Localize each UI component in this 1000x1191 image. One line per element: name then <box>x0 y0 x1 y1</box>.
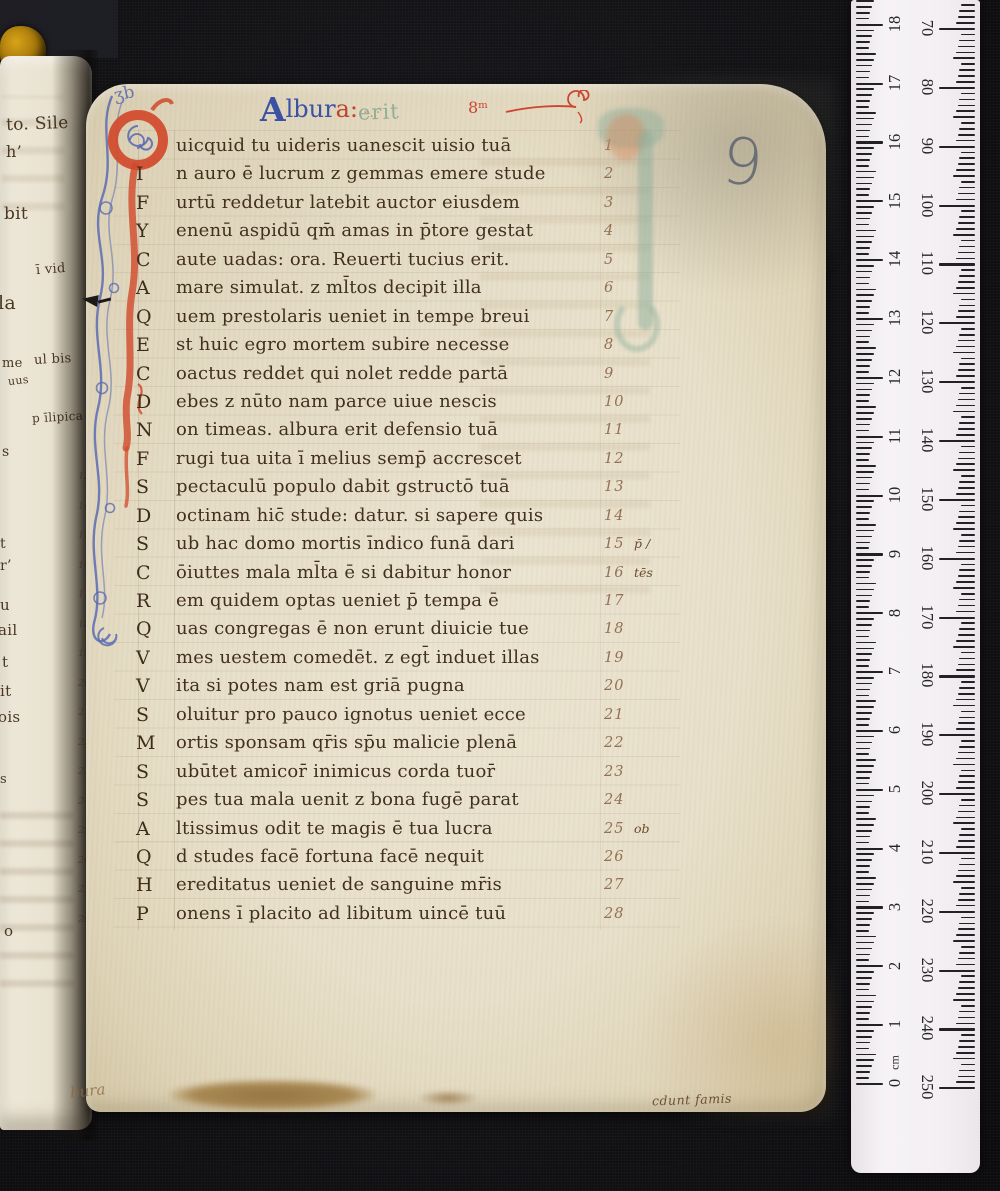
ruler-tick-left <box>856 1054 876 1056</box>
ruler-tick-left <box>856 630 870 632</box>
ruler-tick-left <box>856 783 869 785</box>
ruler-tick-left <box>856 312 869 314</box>
ruler-mm-number: 140 <box>918 426 936 454</box>
ruler-tick-left <box>856 871 869 873</box>
line-initial: P <box>136 900 170 928</box>
ruler-tick-left <box>856 612 883 614</box>
ruler-cm-number: 10 <box>886 481 904 509</box>
ruler-tick-left <box>856 912 874 914</box>
ruler-tick-right <box>958 840 975 842</box>
ruler-tick-left <box>856 559 874 561</box>
ruler-tick-left <box>856 489 869 491</box>
ruler-tick-left <box>856 6 872 8</box>
ruler-tick-left <box>856 253 869 255</box>
ruler-tick-right <box>958 428 975 430</box>
ruler-cm-number: 8 <box>886 599 904 627</box>
facing-page-text-fragment: la <box>0 292 16 314</box>
ruler-mm-number: 200 <box>918 779 936 807</box>
ruler-tick-right <box>958 1046 975 1048</box>
ruler-mm-number: 230 <box>918 956 936 984</box>
ruler-tick-left <box>856 200 883 202</box>
line-text: rugi tua uita ī melius semp̄ accrescet <box>176 445 522 473</box>
ruler-tick-right <box>958 693 975 695</box>
ruler-tick-right <box>939 734 975 736</box>
ruler-tick-left <box>856 77 869 79</box>
facing-page-text-fragment: s <box>2 444 10 460</box>
ruler-tick-left <box>856 477 872 479</box>
ruler-tick-right <box>939 381 975 383</box>
ruler-tick-right <box>958 634 975 636</box>
ruler-tick-right <box>956 1023 975 1025</box>
ruler-tick-left <box>856 583 876 585</box>
ruler-tick-left <box>856 359 872 361</box>
ruler-tick-right <box>956 875 975 877</box>
ruler-tick-right <box>956 522 975 524</box>
ruler-tick-right <box>959 717 975 719</box>
ruler-tick-right <box>961 240 975 242</box>
bottom-left-inscription: bura <box>69 1080 106 1102</box>
ruler-tick-left <box>856 595 872 597</box>
red-initial-tail <box>126 166 135 448</box>
ruler-tick-right <box>959 775 975 777</box>
line-initial: Q <box>136 615 170 643</box>
ruler-tick-left <box>856 324 874 326</box>
ruler-tick-left <box>856 371 869 373</box>
ruler-tick-right <box>961 328 975 330</box>
line-text: urtū reddetur latebit auctor eiusdem <box>176 189 520 217</box>
ruler-tick-left <box>856 118 874 120</box>
line-number: 3 <box>604 189 614 217</box>
ruler-tick-right <box>961 1064 975 1066</box>
line-number: 9 <box>604 360 614 388</box>
ruler-tick-right <box>959 569 975 571</box>
ruler-tick-left <box>856 389 872 391</box>
ruler-tick-left <box>856 277 870 279</box>
ruler-tick-right <box>958 546 975 548</box>
line-initial: S <box>136 786 170 814</box>
ruler-tick-right <box>961 63 975 65</box>
ruler-tick-right <box>961 917 975 919</box>
ruler-tick-left <box>856 806 870 808</box>
ruler-tick-left <box>856 53 876 55</box>
ruler-tick-right <box>961 828 975 830</box>
ruler-tick-left <box>856 677 874 679</box>
ruler-tick-right <box>953 116 975 118</box>
line-number: 14 <box>604 502 624 530</box>
ruler-tick-left <box>856 683 872 685</box>
ruler-tick-left <box>856 294 874 296</box>
ruler-tick-right <box>959 981 975 983</box>
ruler-tick-left <box>856 83 883 85</box>
manuscript-text-block: uicquid tu uideris uanescit uisio tuā1In… <box>136 132 680 928</box>
ruler-tick-right <box>956 81 975 83</box>
ruler-tick-left <box>856 506 872 508</box>
manuscript-line: Furtū reddetur latebit auctor eiusdem3 <box>136 189 680 217</box>
line-text: ltissimus odit te magis ē tua lucra <box>176 815 493 843</box>
ruler-tick-left <box>856 283 869 285</box>
ruler-tick-left <box>856 1036 872 1038</box>
ruler-tick-right <box>958 1076 975 1078</box>
ruler-tick-left <box>856 765 874 767</box>
line-initial: A <box>136 815 170 843</box>
ruler-tick-right <box>953 646 975 648</box>
ruler-tick-right <box>939 617 975 619</box>
ruler-tick-right <box>958 193 975 195</box>
line-initial: D <box>136 502 170 530</box>
ruler-tick-left <box>856 218 870 220</box>
ruler-cm-number: 13 <box>886 304 904 332</box>
ruler-tick-right <box>958 722 975 724</box>
ruler-tick-right <box>939 1028 975 1030</box>
ruler-tick-right <box>958 458 975 460</box>
line-text: em quidem optas ueniet p̄ tempa ē <box>176 587 499 615</box>
ruler-tick-left <box>856 1018 869 1020</box>
manuscript-line: Quas congregas ē non erunt diuicie tue18 <box>136 615 680 643</box>
ruler-mm-number: 210 <box>918 838 936 866</box>
ruler-tick-right <box>956 463 975 465</box>
ruler-tick-left <box>856 648 874 650</box>
ruler-tick-left <box>856 1001 874 1003</box>
line-number: 1 <box>604 132 614 160</box>
line-initial: F <box>136 445 170 473</box>
ruler-tick-right <box>961 4 975 6</box>
ruler-tick-left <box>856 659 870 661</box>
ruler-tick-left <box>856 547 869 549</box>
ruler-tick-left <box>856 618 874 620</box>
ruler-tick-right <box>953 999 975 1001</box>
ruler-tick-left <box>856 18 869 20</box>
ruler-tick-right <box>959 216 975 218</box>
line-number: 28 <box>604 900 624 928</box>
ruler-tick-left <box>856 100 870 102</box>
manuscript-line: Yenenū aspidū qm̄ amas in p̄tore gestat4 <box>136 217 680 245</box>
line-initial: S <box>136 701 170 729</box>
ruler-mm-number: 90 <box>918 132 936 160</box>
ruler-tick-right <box>939 146 975 148</box>
title-initial-letter: A <box>260 90 286 129</box>
ruler-tick-left <box>856 524 876 526</box>
ruler-tick-right <box>956 169 975 171</box>
ruler-tick-left <box>856 94 872 96</box>
line-initial: Q <box>136 843 170 871</box>
ruler-mm-number: 190 <box>918 720 936 748</box>
ruler-tick-left <box>856 124 872 126</box>
line-text: ub hac domo mortis īndico funā dari <box>176 530 515 558</box>
line-initial: C <box>136 559 170 587</box>
ruler-tick-left <box>856 41 870 43</box>
ruler-mm-number: 170 <box>918 603 936 631</box>
ruler-tick-left <box>856 530 874 532</box>
line-number: 17 <box>604 587 624 615</box>
ruler-tick-right <box>958 340 975 342</box>
ruler-tick-right <box>959 864 975 866</box>
ruler-tick-left <box>856 542 870 544</box>
ruler-tick-left <box>856 948 872 950</box>
manuscript-line: Quem prestolaris ueniet in tempe breui7 <box>136 303 680 331</box>
ruler-tick-left <box>856 318 883 320</box>
ruler-tick-left <box>856 71 870 73</box>
ruler-tick-right <box>953 175 975 177</box>
ruler-tick-right <box>959 805 975 807</box>
line-initial: C <box>136 246 170 274</box>
ruler-tick-left <box>856 188 870 190</box>
ruler-tick-left <box>856 1006 872 1008</box>
ruler-tick-right <box>959 99 975 101</box>
ruler-tick-left <box>856 795 874 797</box>
ruler-tick-right <box>956 993 975 995</box>
facing-page-text-fragment: it <box>0 682 11 700</box>
manuscript-line: uicquid tu uideris uanescit uisio tuā1 <box>136 132 680 160</box>
ruler-tick-left <box>856 553 883 555</box>
ruler-tick-left <box>856 194 869 196</box>
line-gloss: p̄ / <box>634 530 650 558</box>
ruler-tick-left <box>856 600 870 602</box>
ruler-cm-number: 14 <box>886 245 904 273</box>
line-initial: C <box>136 360 170 388</box>
ruler-tick-left <box>856 236 874 238</box>
manuscript-line: Mortis sponsam qr̄is sp̄u malicie plenā2… <box>136 729 680 757</box>
ruler-tick-right <box>953 469 975 471</box>
ruler-tick-right <box>953 587 975 589</box>
line-initial: R <box>136 587 170 615</box>
ruler-tick-right <box>959 628 975 630</box>
ruler-tick-right <box>961 887 975 889</box>
rubric-abbreviation: 8ᵐ <box>468 98 488 117</box>
ruler-tick-right <box>956 493 975 495</box>
ruler-tick-left <box>856 177 874 179</box>
ruler-tick-right <box>961 181 975 183</box>
ruler-tick-right <box>953 352 975 354</box>
line-text: on timeas. albura erit defensio tuā <box>176 416 498 444</box>
line-initial: A <box>136 274 170 302</box>
ruler-tick-right <box>939 28 975 30</box>
ruler-tick-left <box>856 965 883 967</box>
ruler-tick-right <box>961 475 975 477</box>
ruler-tick-right <box>958 811 975 813</box>
ruler-tick-left <box>856 924 870 926</box>
line-initial: D <box>136 388 170 416</box>
ruler-tick-right <box>956 640 975 642</box>
facing-page-text-fragment: bit <box>4 204 28 224</box>
ruler-unit-label: cm <box>888 1049 903 1077</box>
ruler-tick-right <box>958 252 975 254</box>
ruler-mm-number: 80 <box>918 73 936 101</box>
ruler-mm-number: 110 <box>918 249 936 277</box>
ruler-tick-left <box>856 106 869 108</box>
ruler-tick-right <box>961 446 975 448</box>
ruler-tick-left <box>856 695 869 697</box>
ruler-tick-left <box>856 848 883 850</box>
line-initial: I <box>136 160 170 188</box>
ruler-tick-left <box>856 247 870 249</box>
ruler-tick-left <box>856 289 876 291</box>
line-text: oactus reddet qui nolet redde partā <box>176 360 508 388</box>
bottom-right-inscription: cdunt famis <box>652 1091 732 1109</box>
ruler-tick-right <box>953 528 975 530</box>
ruler-tick-left <box>856 1042 870 1044</box>
ruler-tick-right <box>956 905 975 907</box>
ruler-tick-left <box>856 230 876 232</box>
ruler-tick-right <box>959 363 975 365</box>
ruler-tick-left <box>856 818 876 820</box>
ruler-tick-right <box>956 258 975 260</box>
ruler-tick-left <box>856 577 869 579</box>
line-number: 12 <box>604 445 624 473</box>
ruler-tick-right <box>961 681 975 683</box>
line-number: 22 <box>604 729 624 757</box>
ruler-tick-left <box>856 241 872 243</box>
ruler-tick-left <box>856 636 869 638</box>
ruler-tick-right <box>956 434 975 436</box>
ruler-tick-right <box>939 440 975 442</box>
ruler-mm-number: 100 <box>918 191 936 219</box>
line-initial: S <box>136 473 170 501</box>
ruler-tick-left <box>856 206 874 208</box>
ruler-tick-right <box>959 481 975 483</box>
ruler-tick-right <box>959 275 975 277</box>
ruler-tick-right <box>939 970 975 972</box>
ruler-tick-right <box>939 263 975 265</box>
ruler-tick-right <box>961 946 975 948</box>
ruler-tick-left <box>856 671 883 673</box>
ruler-tick-left <box>856 1065 872 1067</box>
ruler-tick-right <box>939 852 975 854</box>
ruler-tick-right <box>958 575 975 577</box>
line-text: octinam hic̄ stude: datur. si sapere qui… <box>176 502 543 530</box>
ruler-tick-left <box>856 930 869 932</box>
ruler-tick-left <box>856 465 876 467</box>
ruler-tick-right <box>959 540 975 542</box>
ruler-tick-right <box>961 505 975 507</box>
ruler-tick-left <box>856 1012 870 1014</box>
ruler-tick-left <box>856 936 876 938</box>
ruler-tick-left <box>856 730 883 732</box>
ruler-tick-left <box>856 336 870 338</box>
ruler-tick-left <box>856 500 874 502</box>
ruler-tick-left <box>856 0 874 2</box>
ruler-tick-left <box>856 736 874 738</box>
ruler-tick-right <box>939 911 975 913</box>
ruler-tick-left <box>856 830 872 832</box>
ruler-tick-left <box>856 712 872 714</box>
ruler-tick-left <box>856 536 872 538</box>
ruler-tick-right <box>956 699 975 701</box>
line-number: 20 <box>604 672 624 700</box>
manuscript-line: Non timeas. albura erit defensio tuā11 <box>136 416 680 444</box>
ruler-tick-left <box>856 153 872 155</box>
ruler-tick-left <box>856 430 869 432</box>
facing-page-text-fragment: r’ <box>0 558 12 574</box>
ruler-tick-right <box>956 934 975 936</box>
line-number: 4 <box>604 217 614 245</box>
ruler-tick-right <box>953 822 975 824</box>
ruler-tick-right <box>959 1070 975 1072</box>
ruler-tick-right <box>958 664 975 666</box>
ruler-tick-right <box>939 675 975 677</box>
ruler-tick-left <box>856 706 874 708</box>
ruler-tick-left <box>856 330 872 332</box>
ruler-tick-left <box>856 412 874 414</box>
ruler-tick-left <box>856 300 872 302</box>
line-text: mare simulat. z ml̄tos decipit illa <box>176 274 482 302</box>
line-initial: V <box>136 672 170 700</box>
ruler-tick-left <box>856 606 869 608</box>
manuscript-line: Cōiuttes mala ml̄ta ē si dabitur honor16… <box>136 559 680 587</box>
ruler-tick-left <box>856 801 872 803</box>
ruler-tick-right <box>958 310 975 312</box>
ruler-tick-right <box>958 958 975 960</box>
line-initial: M <box>136 729 170 757</box>
ruler-tick-left <box>856 453 870 455</box>
ruler-tick-right <box>959 422 975 424</box>
ruler-tick-left <box>856 812 869 814</box>
measuring-ruler: 1817161514131211109876543210708090100110… <box>851 0 980 1173</box>
ruler-tick-right <box>956 669 975 671</box>
ruler-tick-left <box>856 1030 874 1032</box>
line-text: ereditatus ueniet de sanguine mr̄is <box>176 871 502 899</box>
ruler-tick-right <box>953 293 975 295</box>
ruler-tick-left <box>856 1024 883 1026</box>
manuscript-line: Altissimus odit te magis ē tua lucra25ob <box>136 815 680 843</box>
ruler-tick-left <box>856 724 869 726</box>
ruler-cm-number: 9 <box>886 540 904 568</box>
ruler-tick-right <box>959 746 975 748</box>
line-number: 13 <box>604 473 624 501</box>
ruler-tick-left <box>856 12 870 14</box>
line-number: 6 <box>604 274 614 302</box>
ruler-cm-number: 5 <box>886 775 904 803</box>
manuscript-line: Debes z nūto nam parce uiue nescis10 <box>136 388 680 416</box>
ruler-tick-right <box>959 393 975 395</box>
ruler-tick-left <box>856 977 872 979</box>
manuscript-line: Vita si potes nam est griā pugna20 <box>136 672 680 700</box>
ruler-tick-right <box>939 499 975 501</box>
ruler-tick-right <box>959 128 975 130</box>
facing-page-text-fragment: t <box>2 653 8 671</box>
rubric-flourish-line <box>488 90 600 124</box>
line-number: 24 <box>604 786 624 814</box>
ruler-tick-left <box>856 271 872 273</box>
ruler-tick-right <box>956 228 975 230</box>
line-text: d studes facē fortuna facē nequit <box>176 843 484 871</box>
ruler-tick-right <box>956 22 975 24</box>
ruler-tick-right <box>958 46 975 48</box>
ruler-tick-right <box>956 846 975 848</box>
ruler-tick-left <box>856 495 883 497</box>
ruler-tick-right <box>953 940 975 942</box>
ruler-tick-left <box>856 306 870 308</box>
manuscript-line: Hereditatus ueniet de sanguine mr̄is27 <box>136 871 680 899</box>
ruler-tick-left <box>856 1048 869 1050</box>
ruler-tick-right <box>959 452 975 454</box>
manuscript-line: Rem quidem optas ueniet p̄ tempa ē17 <box>136 587 680 615</box>
ruler-tick-right <box>961 1034 975 1036</box>
ruler-tick-left <box>856 865 870 867</box>
ruler-tick-right <box>958 369 975 371</box>
ruler-tick-right <box>958 75 975 77</box>
ruler-mm-number: 130 <box>918 367 936 395</box>
ruler-tick-right <box>961 799 975 801</box>
facing-page-text-fragment: u <box>0 596 10 614</box>
ruler-tick-left <box>856 259 883 261</box>
ruler-tick-left <box>856 141 883 143</box>
ruler-tick-left <box>856 224 869 226</box>
ruler-tick-left <box>856 394 870 396</box>
ruler-tick-right <box>958 222 975 224</box>
ruler-tick-left <box>856 942 874 944</box>
line-text: onens ī placito ad libitum uincē tuū <box>176 900 506 928</box>
ruler-tick-right <box>959 69 975 71</box>
